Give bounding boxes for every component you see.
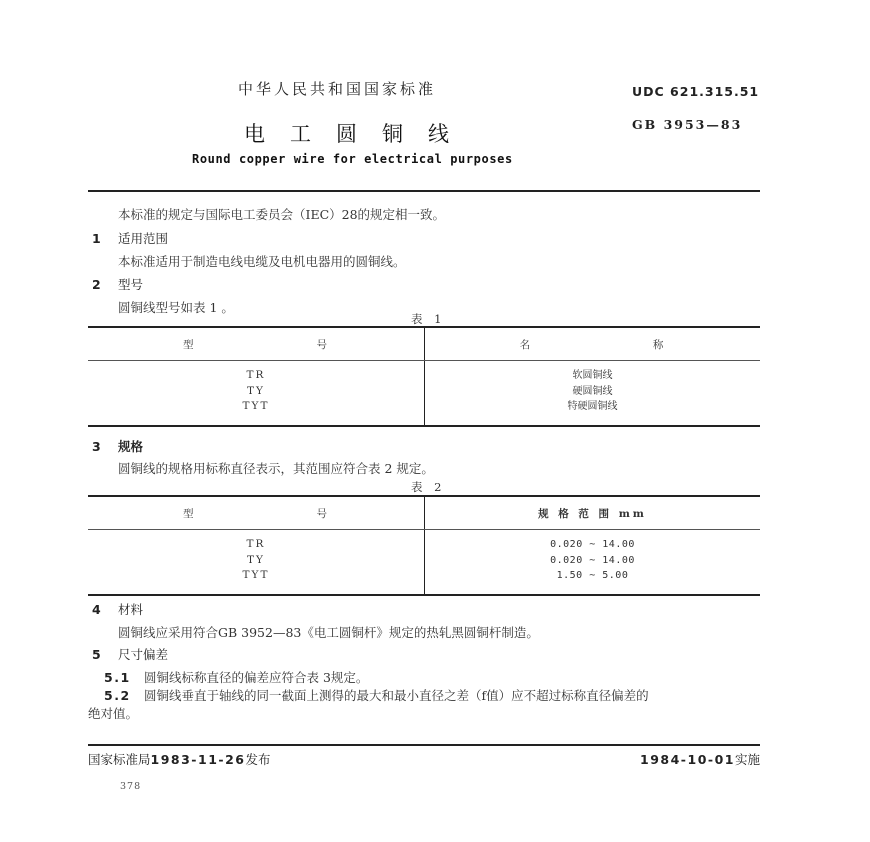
section-title: 型号 (118, 277, 143, 292)
document-title-cn: 电工圆铜线 (244, 118, 474, 148)
footer-divider (88, 744, 760, 746)
model-codes-cell: TR TY TYT (88, 530, 425, 595)
size-range-cell: 0.020 ~ 14.00 0.020 ~ 14.00 1.50 ~ 5.00 (425, 530, 761, 595)
table-1-caption: 表 1 (411, 311, 445, 327)
table-row: TR TY TYT 0.020 ~ 14.00 0.020 ~ 14.00 1.… (88, 530, 760, 595)
document-title-en: Round copper wire for electrical purpose… (192, 152, 513, 166)
gb-number: GB 3953—83 (632, 117, 742, 132)
table-2: 型号 规 格 范 围 mm TR TY TYT 0.020 ~ 14.00 0.… (88, 495, 760, 596)
effective-date: 1984-10-01 (640, 752, 735, 767)
model-codes-cell: TR TY TYT (88, 361, 425, 426)
section-number: 3 (92, 439, 118, 454)
section-3-heading: 3规格 (92, 437, 143, 455)
table-2-caption: 表 2 (411, 479, 445, 495)
issue-date: 1983-11-26 (151, 752, 246, 767)
table-2-header-range: 规 格 范 围 mm (425, 496, 761, 530)
table-1: 型号 名称 TR TY TYT 软圆铜线 硬圆铜线 特硬圆铜线 (88, 326, 760, 427)
section-1-heading: 1适用范围 (92, 229, 168, 247)
subsection-5-2: 5.2圆铜线垂直于轴线的同一截面上测得的最大和最小直径之差（f值）应不超过标称直… (104, 686, 649, 704)
section-number: 2 (92, 277, 118, 292)
issue-label: 发布 (245, 752, 270, 767)
section-5-heading: 5尺寸偏差 (92, 645, 168, 663)
effective-label: 实施 (735, 752, 760, 767)
section-3-body: 圆铜线的规格用标称直径表示，其范围应符合表 2 规定。 (118, 459, 434, 477)
udc-number: UDC 621.315.51 (632, 84, 759, 99)
section-4-heading: 4材料 (92, 600, 143, 618)
section-1-body: 本标准适用于制造电线电缆及电机电器用的圆铜线。 (118, 252, 406, 270)
section-2-heading: 2型号 (92, 275, 143, 293)
section-4-body: 圆铜线应采用符合GB 3952—83《电工圆铜杆》规定的热轧黑圆铜杆制造。 (118, 623, 539, 641)
subsection-5-1: 5.1圆铜线标称直径的偏差应符合表 3规定。 (104, 668, 368, 686)
table-2-header-model: 型号 (88, 496, 425, 530)
section-title: 规格 (118, 439, 143, 454)
effective-info: 1984-10-01实施 (640, 750, 760, 768)
standard-issuer-heading: 中华人民共和国国家标准 (238, 78, 436, 99)
section-title: 适用范围 (118, 231, 168, 246)
section-title: 尺寸偏差 (118, 647, 168, 662)
issue-info: 国家标准局1983-11-26发布 (88, 750, 271, 768)
subsection-body: 圆铜线垂直于轴线的同一截面上测得的最大和最小直径之差（f值）应不超过标称直径偏差… (144, 688, 649, 703)
section-number: 5 (92, 647, 118, 662)
section-title: 材料 (118, 602, 143, 617)
model-names-cell: 软圆铜线 硬圆铜线 特硬圆铜线 (425, 361, 761, 426)
section-2-body: 圆铜线型号如表 1 。 (118, 298, 234, 316)
issuer: 国家标准局 (88, 752, 151, 767)
intro-paragraph: 本标准的规定与国际电工委员会（IEC）28的规定相一致。 (118, 205, 445, 223)
page-number: 378 (120, 781, 141, 792)
subsection-5-2-continuation: 绝对值。 (88, 704, 138, 722)
subsection-number: 5.1 (104, 670, 144, 685)
subsection-number: 5.2 (104, 688, 144, 703)
header-divider (88, 190, 760, 192)
subsection-body: 圆铜线标称直径的偏差应符合表 3规定。 (144, 670, 368, 685)
table-1-header-name: 名称 (425, 327, 761, 361)
table-1-header-model: 型号 (88, 327, 425, 361)
section-number: 1 (92, 231, 118, 246)
section-number: 4 (92, 602, 118, 617)
table-row: TR TY TYT 软圆铜线 硬圆铜线 特硬圆铜线 (88, 361, 760, 426)
